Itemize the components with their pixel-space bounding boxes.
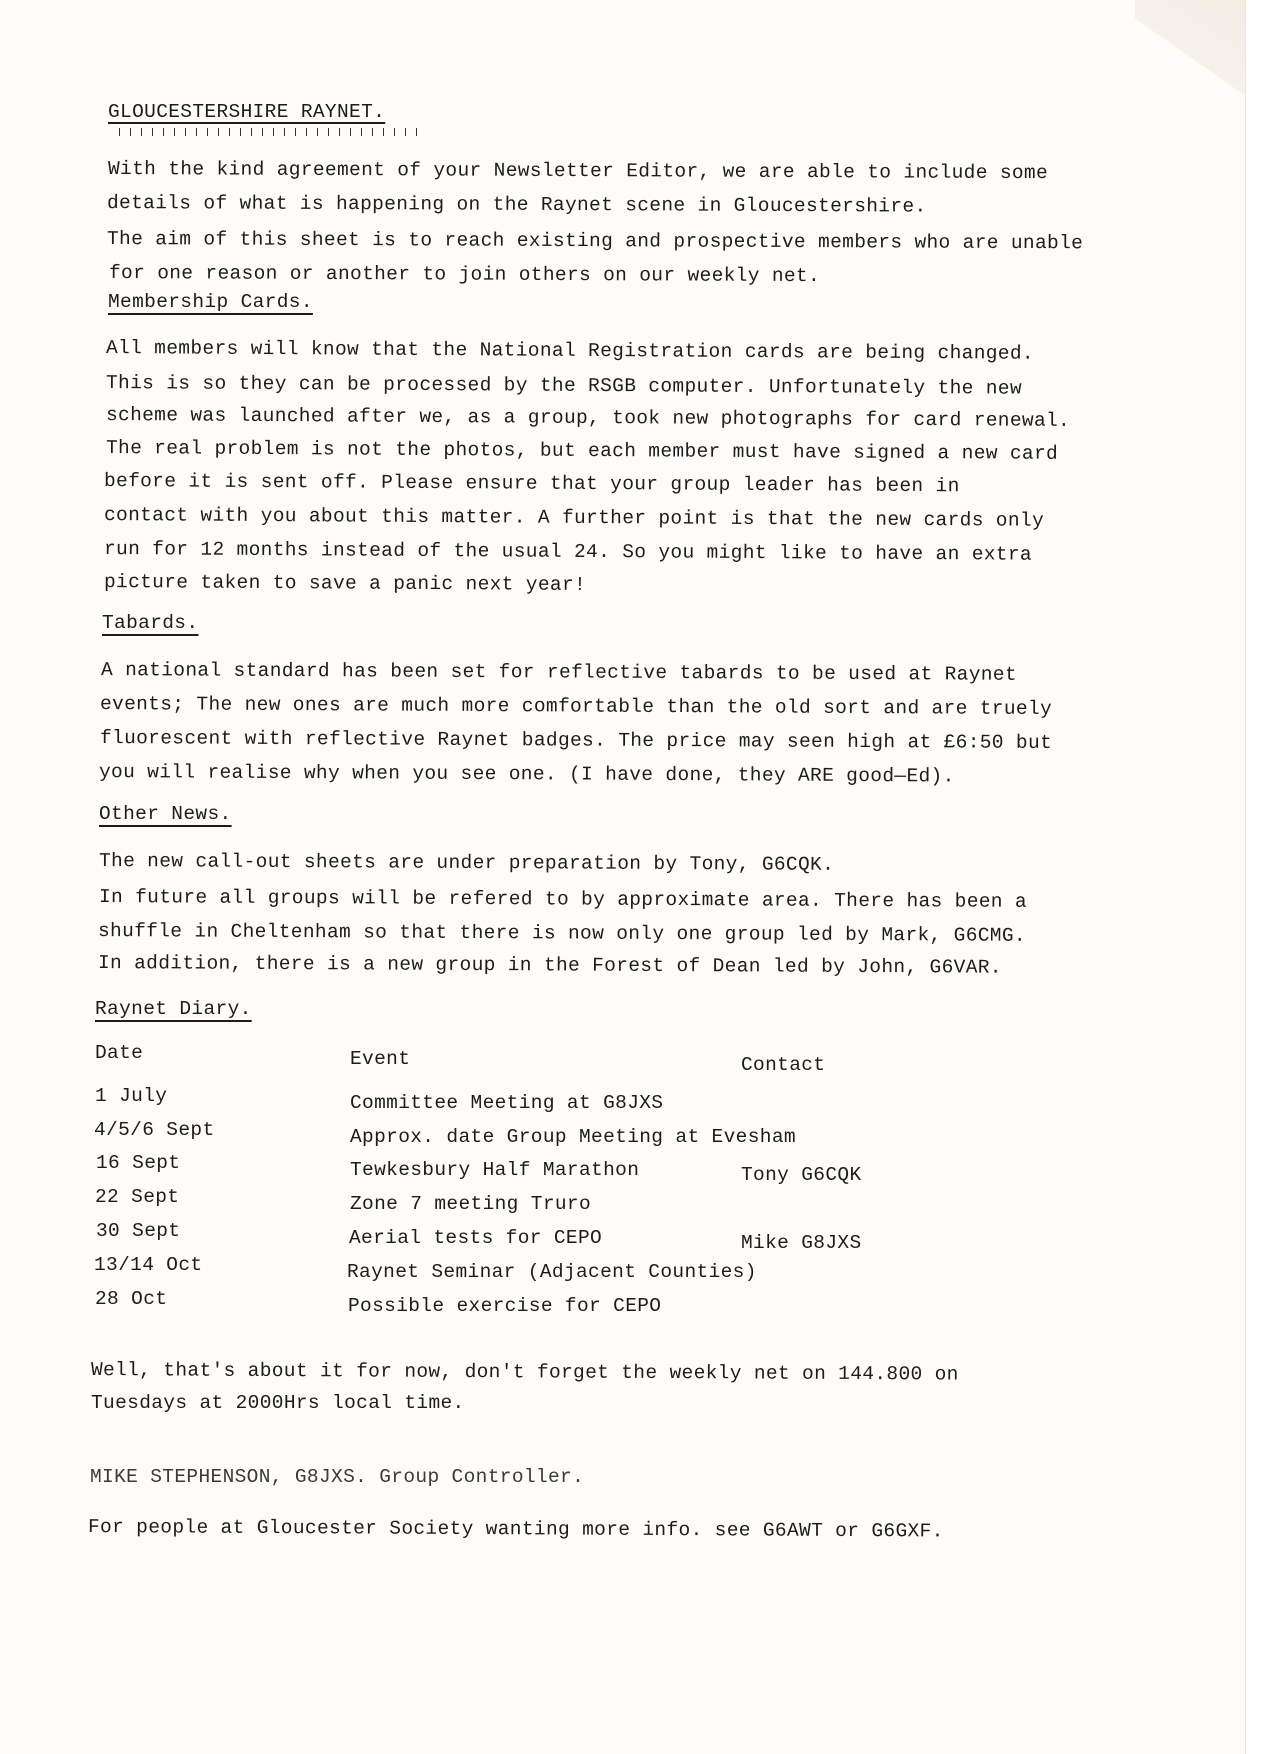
diary-contact-cell: Mike G8JXS: [741, 1234, 862, 1254]
diary-date-cell: 13/14 Oct: [94, 1256, 202, 1276]
diary-column-contact: Contact: [741, 1056, 825, 1076]
tabards-line: A national standard has been set for ref…: [101, 661, 1017, 685]
diary-date-cell: 1 July: [95, 1087, 167, 1107]
section-heading-other-news: Other News.: [99, 805, 232, 825]
diary-event-cell: Possible exercise for CEPO: [348, 1297, 661, 1317]
title-underline-ticks: [119, 128, 419, 136]
diary-date-cell: 16 Sept: [96, 1154, 180, 1174]
closing-line: Tuesdays at 2000Hrs local time.: [91, 1394, 465, 1414]
section-heading-diary: Raynet Diary.: [95, 1000, 252, 1020]
diary-event-cell: Zone 7 meeting Truro: [350, 1195, 591, 1215]
other-news-line: The new call-out sheets are under prepar…: [99, 852, 834, 875]
diary-contact-cell: Tony G6CQK: [741, 1166, 862, 1186]
closing-line: Well, that's about it for now, don't for…: [91, 1361, 959, 1385]
intro-line: With the kind agreement of your Newslett…: [108, 160, 1048, 184]
intro-line: details of what is happening on the Rayn…: [107, 194, 927, 217]
diary-date-cell: 22 Sept: [95, 1188, 179, 1208]
diary-event-cell: Approx. date Group Meeting at Evesham: [350, 1128, 796, 1148]
diary-date-cell: 30 Sept: [96, 1222, 180, 1242]
diary-event-cell: Tewkesbury Half Marathon: [350, 1161, 639, 1181]
diary-date-cell: 4/5/6 Sept: [94, 1121, 215, 1141]
intro-line: The aim of this sheet is to reach existi…: [107, 230, 1083, 254]
intro-line: for one reason or another to join others…: [109, 264, 820, 287]
other-news-line: In addition, there is a new group in the…: [98, 954, 1002, 978]
diary-column-event: Event: [350, 1050, 410, 1070]
section-heading-tabards: Tabards.: [102, 614, 198, 634]
tabards-line: you will realise why when you see one. (…: [99, 763, 955, 787]
other-news-line: In future all groups will be refered to …: [99, 888, 1027, 912]
document-title: GLOUCESTERSHIRE RAYNET.: [108, 103, 385, 123]
other-news-line: shuffle in Cheltenham so that there is n…: [98, 922, 1026, 946]
footer-note: For people at Gloucester Society wanting…: [88, 1518, 944, 1542]
diary-column-date: Date: [95, 1044, 143, 1064]
section-heading-membership: Membership Cards.: [108, 293, 313, 313]
signature-line: MIKE STEPHENSON, G8JXS. Group Controller…: [90, 1468, 584, 1488]
folded-corner: [1135, 0, 1245, 95]
diary-date-cell: 28 Oct: [95, 1290, 167, 1310]
diary-event-cell: Committee Meeting at G8JXS: [350, 1094, 663, 1114]
diary-event-cell: Aerial tests for CEPO: [349, 1229, 602, 1249]
diary-event-cell: Raynet Seminar (Adjacent Counties): [347, 1263, 757, 1283]
membership-line: picture taken to save a panic next year!: [104, 573, 586, 595]
